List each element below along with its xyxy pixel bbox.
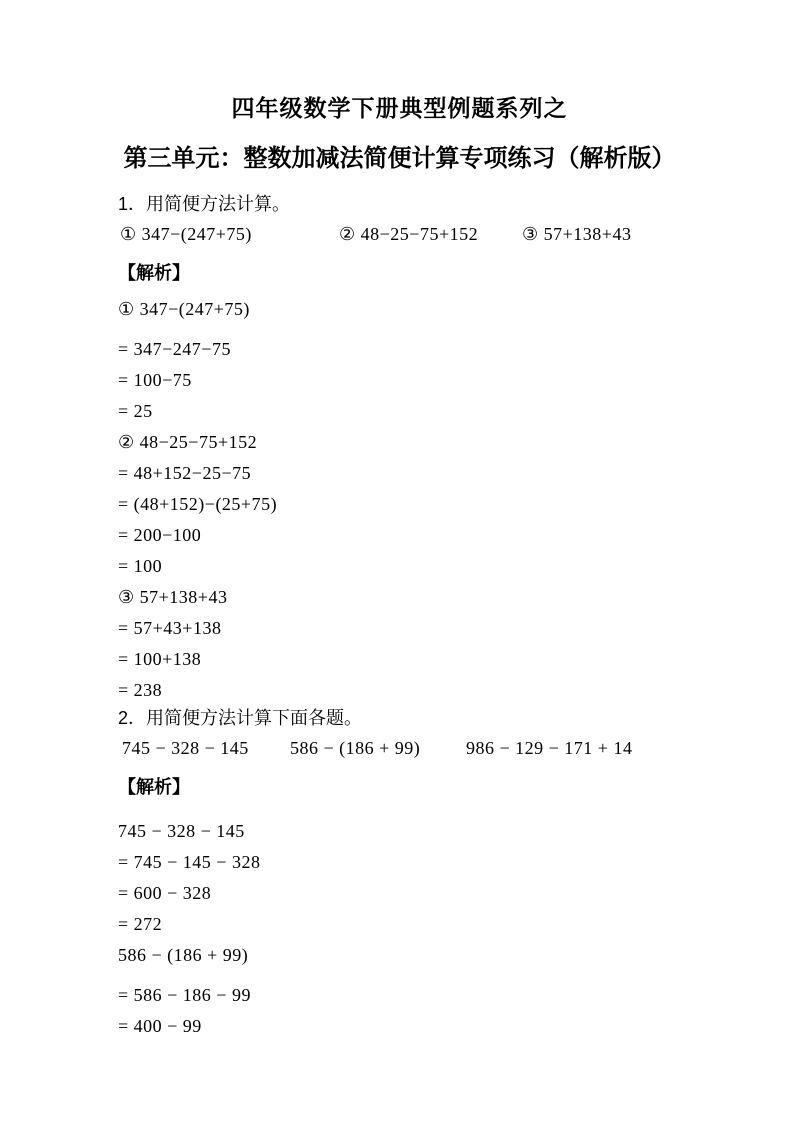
solution-line: 745 − 328 − 145: [118, 816, 681, 847]
solution-line: = 100: [118, 551, 681, 582]
solution-line: = 745 − 145 − 328: [118, 847, 681, 878]
problem-expression: ② 48−25−75+152: [339, 224, 478, 245]
solution-line: = 347−247−75: [118, 334, 681, 365]
solution-line: = 100+138: [118, 644, 681, 675]
solution-line: = 200−100: [118, 520, 681, 551]
section-2-solutions: 745 − 328 − 145 = 745 − 145 − 328 = 600 …: [118, 816, 681, 1042]
problem-expression: ① 347−(247+75): [120, 224, 252, 245]
solution-line: = 272: [118, 909, 681, 940]
section-2-problem-row: 745 − 328 − 145 586 − (186 + 99) 986 − 1…: [118, 736, 681, 772]
problem-expression: 745 − 328 − 145: [122, 738, 249, 759]
section-1-heading: 1．用简便方法计算。: [118, 192, 681, 216]
solution-line: ② 48−25−75+152: [118, 427, 681, 458]
analysis-label: 【解析】: [118, 260, 681, 286]
problem-expression: ③ 57+138+43: [522, 224, 631, 245]
solution-line: ③ 57+138+43: [118, 582, 681, 613]
solution-line: = (48+152)−(25+75): [118, 489, 681, 520]
section-1-problem-row: ① 347−(247+75) ② 48−25−75+152 ③ 57+138+4…: [118, 222, 681, 258]
problem-expression: 986 − 129 − 171 + 14: [466, 738, 632, 759]
problem-expression: 586 − (186 + 99): [290, 738, 420, 759]
solution-line: = 48+152−25−75: [118, 458, 681, 489]
solution-line: ① 347−(247+75): [118, 294, 681, 325]
solution-line: = 57+43+138: [118, 613, 681, 644]
section-2-heading: 2．用简便方法计算下面各题。: [118, 706, 681, 730]
solution-line: = 25: [118, 396, 681, 427]
solution-line: = 238: [118, 675, 681, 706]
solution-line: = 100−75: [118, 365, 681, 396]
doc-title: 四年级数学下册典型例题系列之: [118, 92, 681, 124]
solution-line: = 400 − 99: [118, 1011, 681, 1042]
solution-line: 586 − (186 + 99): [118, 940, 681, 971]
section-1-solutions: ① 347−(247+75) = 347−247−75 = 100−75 = 2…: [118, 294, 681, 706]
analysis-label: 【解析】: [118, 774, 681, 800]
doc-subtitle: 第三单元：整数加减法简便计算专项练习（解析版）: [118, 142, 681, 176]
solution-line: = 600 − 328: [118, 878, 681, 909]
solution-line: = 586 − 186 − 99: [118, 980, 681, 1011]
worksheet-page: 四年级数学下册典型例题系列之 第三单元：整数加减法简便计算专项练习（解析版） 1…: [0, 0, 793, 1122]
